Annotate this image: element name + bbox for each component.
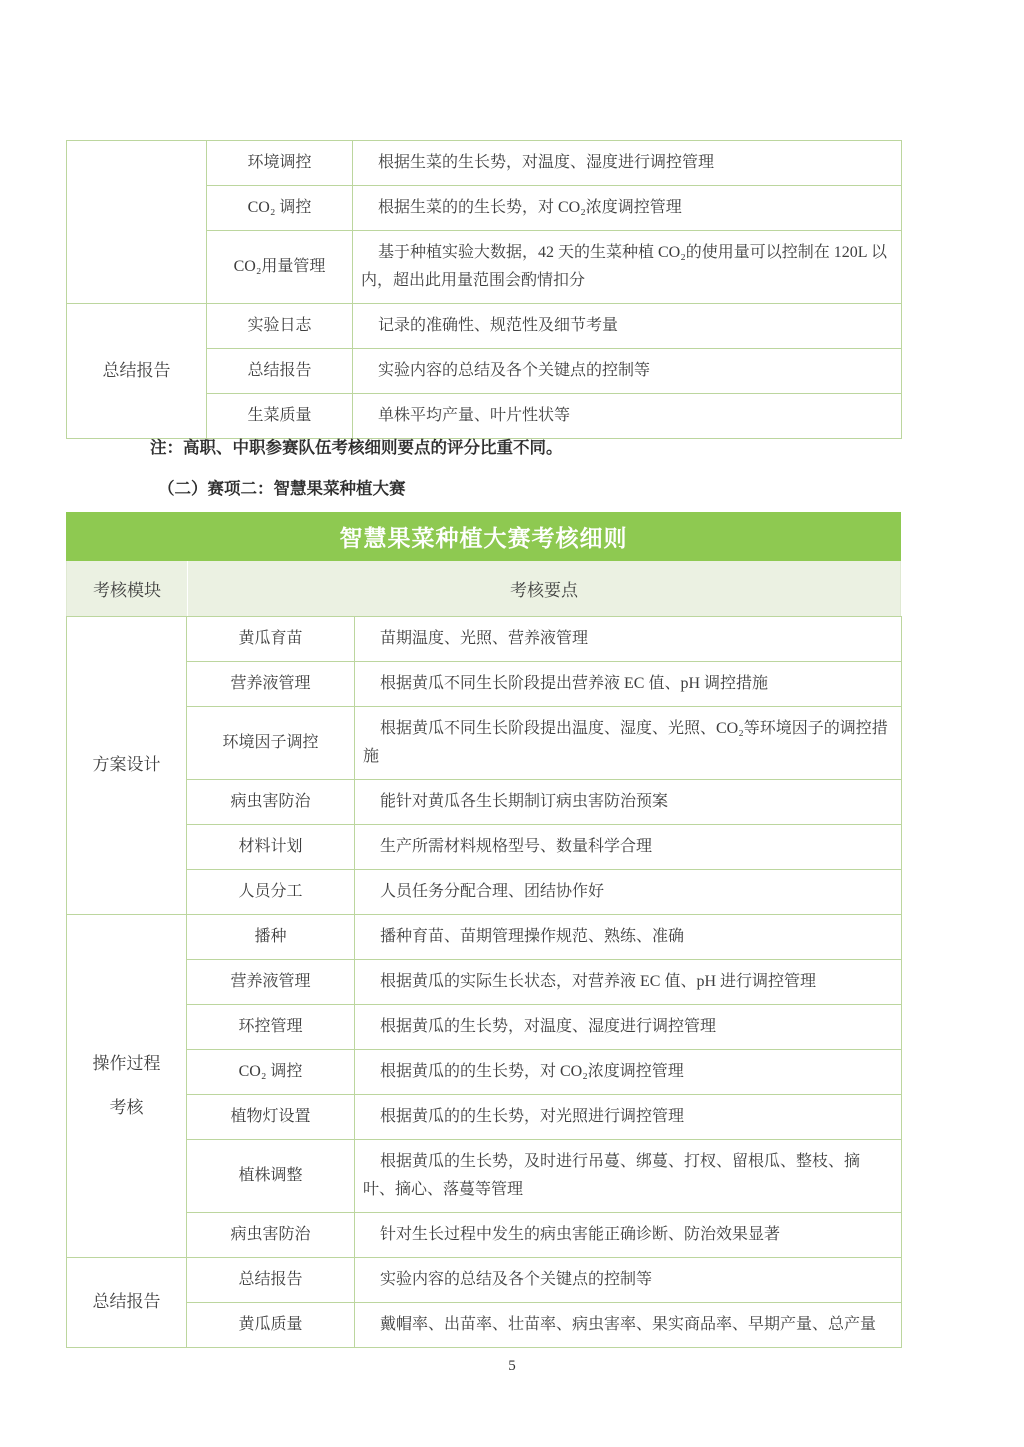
table-row: 总结报告 总结报告 实验内容的总结及各个关键点的控制等 <box>67 1258 902 1303</box>
item-cell: 人员分工 <box>187 870 355 915</box>
item-cell: CO₂用量管理 <box>207 231 353 304</box>
desc-cell: 记录的准确性、规范性及细节考量 <box>353 304 902 349</box>
item-cell: 黄瓜质量 <box>187 1303 355 1348</box>
desc-cell: 苗期温度、光照、营养液管理 <box>355 617 902 662</box>
table-header-row: 考核模块 考核要点 <box>66 561 901 616</box>
desc-cell: 根据黄瓜的的生长势，对光照进行调控管理 <box>355 1095 902 1140</box>
scoring-note: 注：高职、中职参赛队伍考核细则要点的评分比重不同。 <box>150 436 563 459</box>
item-cell: 总结报告 <box>187 1258 355 1303</box>
item-cell: 营养液管理 <box>187 960 355 1005</box>
item-cell: 生菜质量 <box>207 394 353 439</box>
desc-cell: 能针对黄瓜各生长期制订病虫害防治预案 <box>355 780 902 825</box>
desc-cell: 根据黄瓜不同生长阶段提出温度、湿度、光照、CO₂等环境因子的调控措施 <box>355 707 902 780</box>
item-cell: 材料计划 <box>187 825 355 870</box>
table-row: 环控管理 根据黄瓜的生长势，对温度、湿度进行调控管理 <box>67 1005 902 1050</box>
table-title-banner: 智慧果菜种植大赛考核细则 <box>66 512 901 561</box>
lettuce-assessment-table: 环境调控 根据生菜的生长势，对温度、湿度进行调控管理 CO₂ 调控 根据生菜的的… <box>66 140 902 439</box>
table-row: 人员分工 人员任务分配合理、团结协作好 <box>67 870 902 915</box>
item-cell: 总结报告 <box>207 349 353 394</box>
table-row: CO₂ 调控 根据黄瓜的的生长势，对 CO₂浓度调控管理 <box>67 1050 902 1095</box>
module-cell: 总结报告 <box>67 1258 187 1348</box>
item-cell: 环境因子调控 <box>187 707 355 780</box>
item-cell: 营养液管理 <box>187 662 355 707</box>
item-cell: 病虫害防治 <box>187 1213 355 1258</box>
page-number: 5 <box>0 1358 1024 1375</box>
table-row: 植株调整 根据黄瓜的生长势，及时进行吊蔓、绑蔓、打杈、留根瓜、整枝、摘叶、摘心、… <box>67 1140 902 1213</box>
document-page: 环境调控 根据生菜的生长势，对温度、湿度进行调控管理 CO₂ 调控 根据生菜的的… <box>0 0 1024 1447</box>
module-cell: 操作过程 考核 <box>67 915 187 1258</box>
table-row: 总结报告 实验日志 记录的准确性、规范性及细节考量 <box>67 304 902 349</box>
desc-cell: 根据生菜的的生长势，对 CO₂浓度调控管理 <box>353 186 902 231</box>
desc-cell: 单株平均产量、叶片性状等 <box>353 394 902 439</box>
item-cell: 病虫害防治 <box>187 780 355 825</box>
module-cell: 总结报告 <box>67 304 207 439</box>
desc-cell: 根据黄瓜的的生长势，对 CO₂浓度调控管理 <box>355 1050 902 1095</box>
desc-cell: 根据生菜的生长势，对温度、湿度进行调控管理 <box>353 141 902 186</box>
desc-cell: 根据黄瓜的实际生长状态，对营养液 EC 值、pH 进行调控管理 <box>355 960 902 1005</box>
desc-cell: 播种育苗、苗期管理操作规范、熟练、准确 <box>355 915 902 960</box>
column-header-module: 考核模块 <box>67 561 188 616</box>
item-cell: 实验日志 <box>207 304 353 349</box>
item-cell: CO₂ 调控 <box>207 186 353 231</box>
item-cell: 环控管理 <box>187 1005 355 1050</box>
table-row: 环境调控 根据生菜的生长势，对温度、湿度进行调控管理 <box>67 141 902 186</box>
table-row: 营养液管理 根据黄瓜的实际生长状态，对营养液 EC 值、pH 进行调控管理 <box>67 960 902 1005</box>
table-row: 方案设计 黄瓜育苗 苗期温度、光照、营养液管理 <box>67 617 902 662</box>
desc-cell: 基于种植实验大数据，42 天的生菜种植 CO₂的使用量可以控制在 120L 以内… <box>353 231 902 304</box>
table-row: 材料计划 生产所需材料规格型号、数量科学合理 <box>67 825 902 870</box>
item-cell: 植株调整 <box>187 1140 355 1213</box>
desc-cell: 人员任务分配合理、团结协作好 <box>355 870 902 915</box>
desc-cell: 实验内容的总结及各个关键点的控制等 <box>355 1258 902 1303</box>
cucumber-assessment-section: 智慧果菜种植大赛考核细则 考核模块 考核要点 方案设计 黄瓜育苗 苗期温度、光照… <box>66 512 901 1348</box>
column-header-points: 考核要点 <box>188 576 900 601</box>
table-row: 病虫害防治 针对生长过程中发生的病虫害能正确诊断、防治效果显著 <box>67 1213 902 1258</box>
desc-cell: 根据黄瓜的生长势，及时进行吊蔓、绑蔓、打杈、留根瓜、整枝、摘叶、摘心、落蔓等管理 <box>355 1140 902 1213</box>
desc-cell: 根据黄瓜的生长势，对温度、湿度进行调控管理 <box>355 1005 902 1050</box>
table-row: 操作过程 考核 播种 播种育苗、苗期管理操作规范、熟练、准确 <box>67 915 902 960</box>
table-row: 营养液管理 根据黄瓜不同生长阶段提出营养液 EC 值、pH 调控措施 <box>67 662 902 707</box>
item-cell: 植物灯设置 <box>187 1095 355 1140</box>
desc-cell: 实验内容的总结及各个关键点的控制等 <box>353 349 902 394</box>
module-cell <box>67 141 207 304</box>
desc-cell: 生产所需材料规格型号、数量科学合理 <box>355 825 902 870</box>
cucumber-assessment-table: 方案设计 黄瓜育苗 苗期温度、光照、营养液管理 营养液管理 根据黄瓜不同生长阶段… <box>66 616 902 1348</box>
desc-cell: 戴帽率、出苗率、壮苗率、病虫害率、果实商品率、早期产量、总产量 <box>355 1303 902 1348</box>
item-cell: 黄瓜育苗 <box>187 617 355 662</box>
desc-cell: 根据黄瓜不同生长阶段提出营养液 EC 值、pH 调控措施 <box>355 662 902 707</box>
table-row: 病虫害防治 能针对黄瓜各生长期制订病虫害防治预案 <box>67 780 902 825</box>
module-cell: 方案设计 <box>67 617 187 915</box>
item-cell: CO₂ 调控 <box>187 1050 355 1095</box>
item-cell: 环境调控 <box>207 141 353 186</box>
desc-cell: 针对生长过程中发生的病虫害能正确诊断、防治效果显著 <box>355 1213 902 1258</box>
item-cell: 播种 <box>187 915 355 960</box>
table-row: 环境因子调控 根据黄瓜不同生长阶段提出温度、湿度、光照、CO₂等环境因子的调控措… <box>67 707 902 780</box>
section-subheading: （二）赛项二：智慧果菜种植大赛 <box>158 477 406 500</box>
table-row: 植物灯设置 根据黄瓜的的生长势，对光照进行调控管理 <box>67 1095 902 1140</box>
table-title: 智慧果菜种植大赛考核细则 <box>340 520 628 553</box>
table-row: 黄瓜质量 戴帽率、出苗率、壮苗率、病虫害率、果实商品率、早期产量、总产量 <box>67 1303 902 1348</box>
